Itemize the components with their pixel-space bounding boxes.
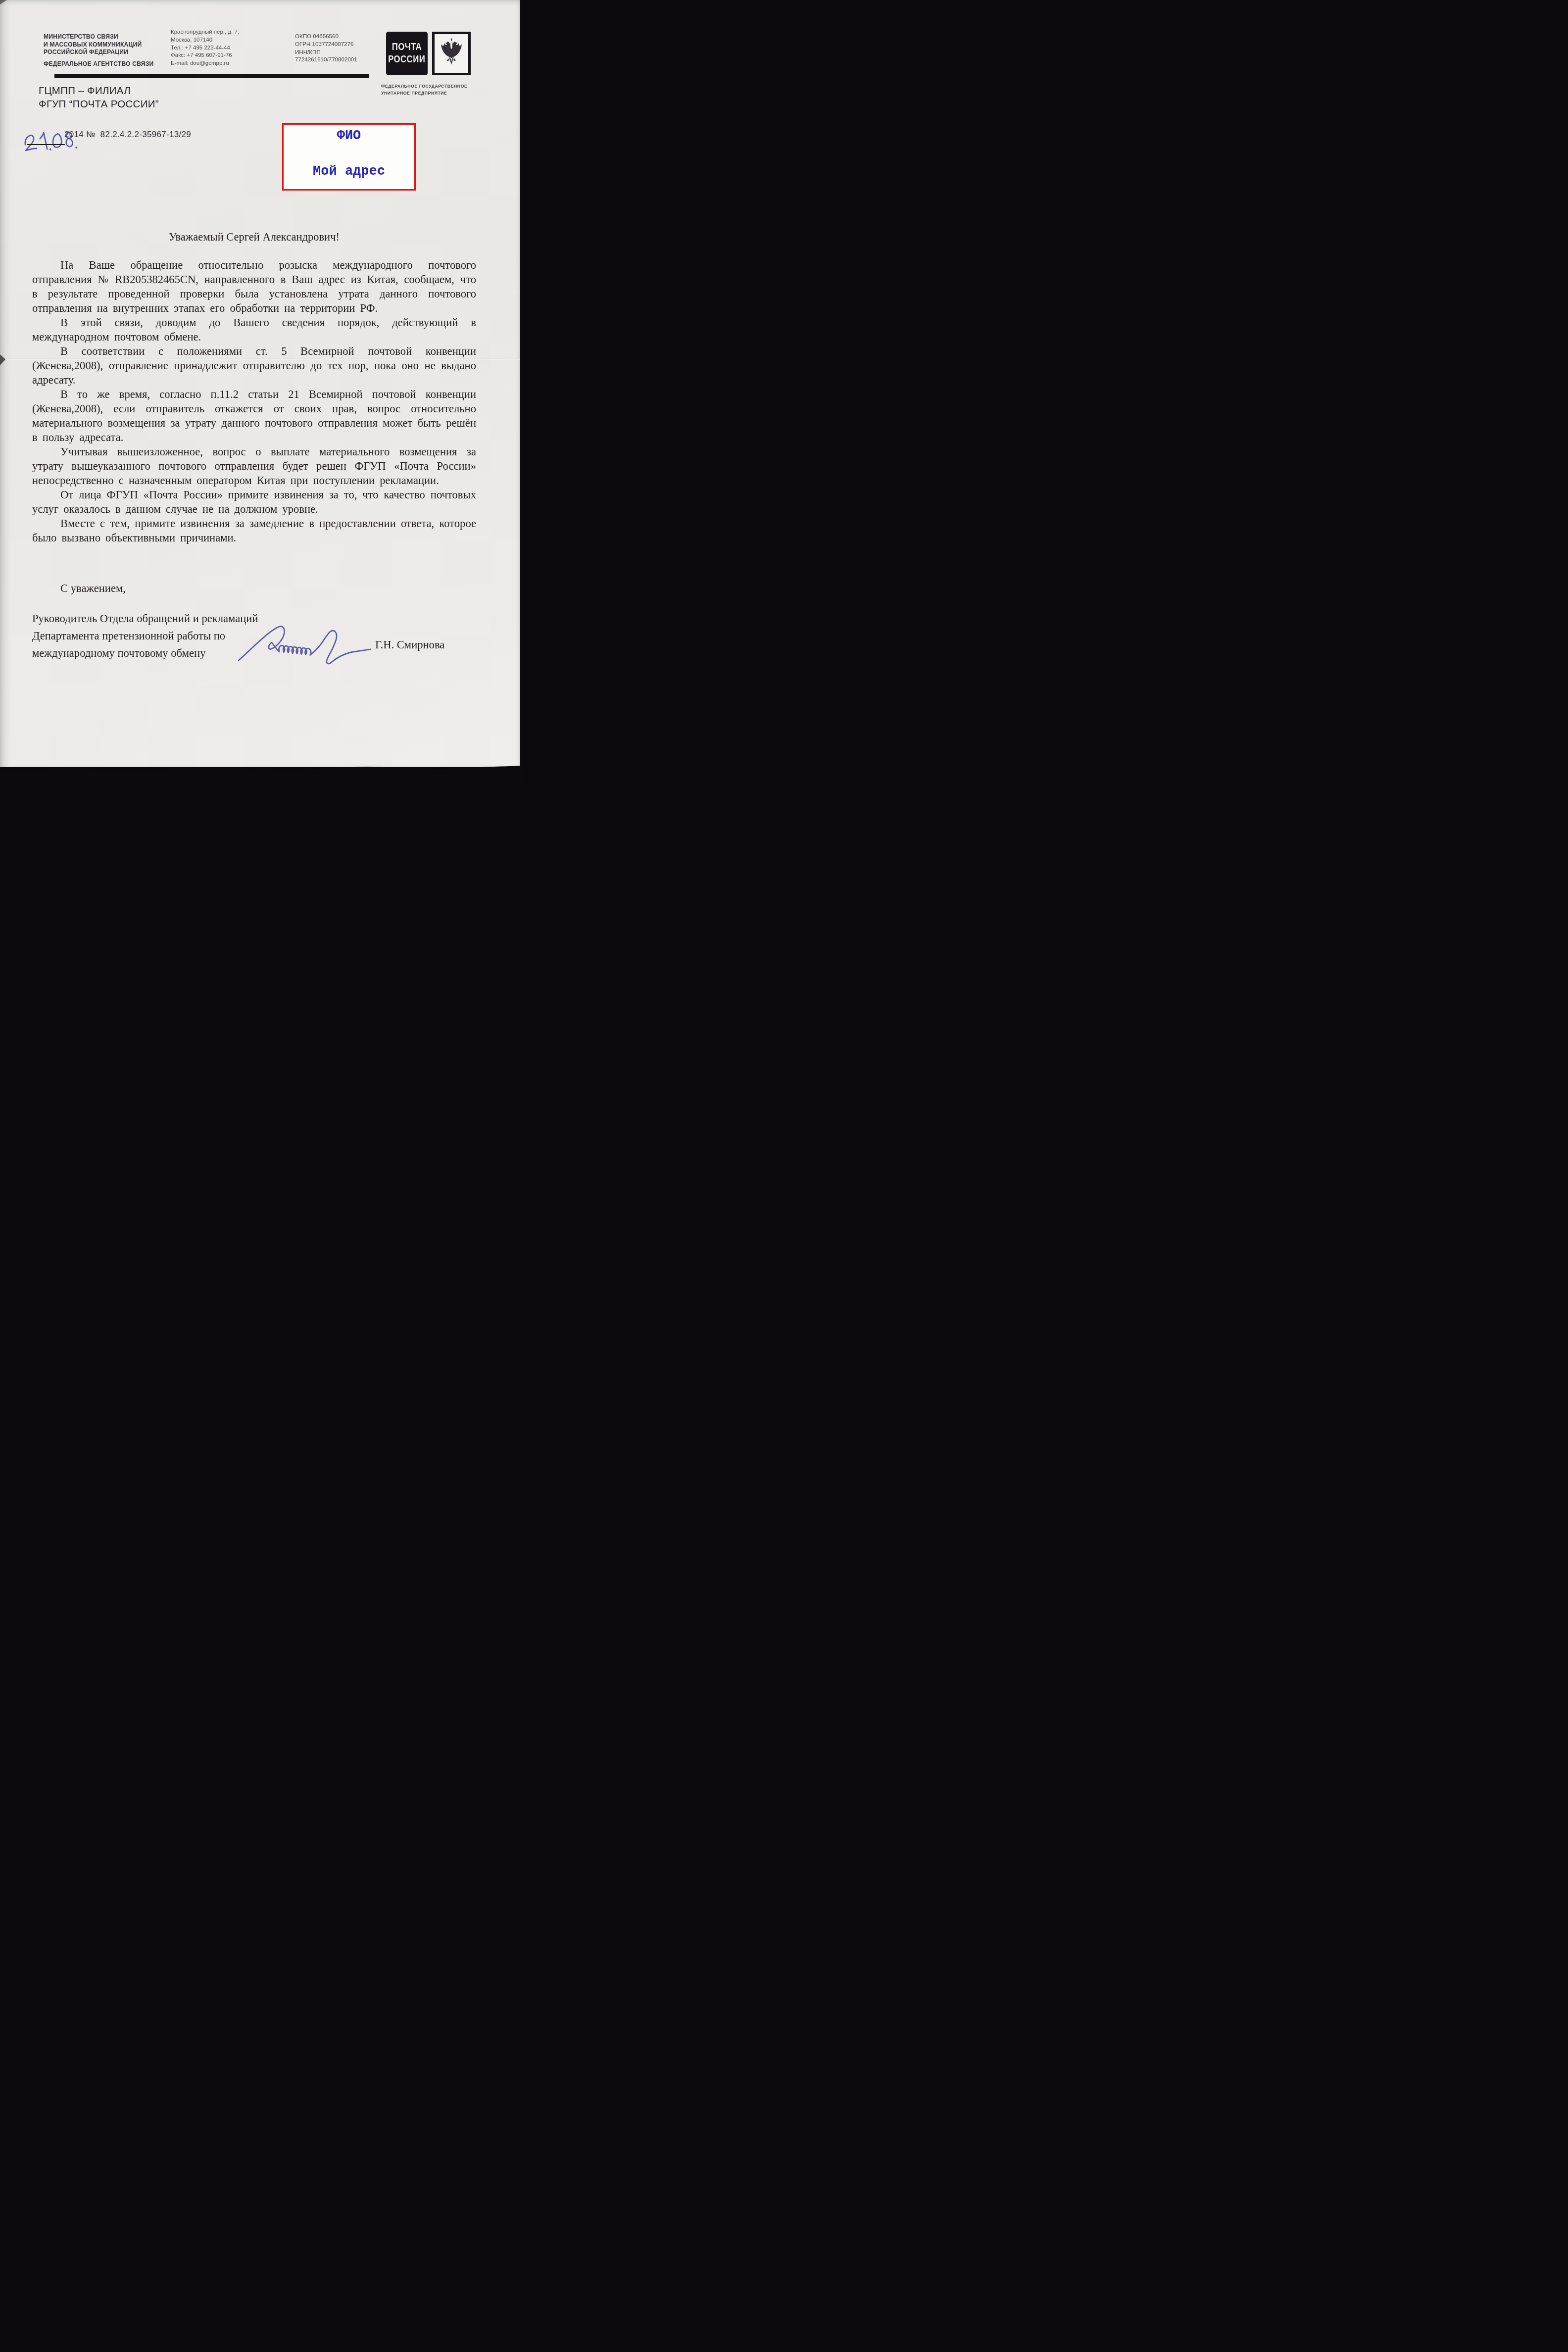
fgup-caption: ФЕДЕРАЛЬНОЕ ГОСУДАРСТВЕННОЕУНИТАРНОЕ ПРЕ… — [381, 83, 467, 97]
body-paragraph: От лица ФГУП «Почта России» примите изви… — [32, 488, 476, 516]
code-line: ИНН/КПП — [295, 49, 357, 56]
salutation: Уважаемый Сергей Александрович! — [32, 231, 476, 244]
postal-eagle-emblem — [432, 32, 471, 75]
ministry-block: МИНИСТЕРСТВО СВЯЗИИ МАССОВЫХ КОММУНИКАЦИ… — [44, 33, 142, 56]
ministry-line: И МАССОВЫХ КОММУНИКАЦИЙ — [44, 41, 142, 49]
body-paragraph: В то же время, согласно п.11.2 статьи 21… — [32, 387, 476, 444]
ministry-line: МИНИСТЕРСТВО СВЯЗИ — [44, 33, 142, 41]
signer-name: Г.Н. Смирнова — [375, 638, 444, 651]
recipient-name-placeholder: ФИО — [284, 129, 414, 144]
pochta-rossii-logo: ПОЧТА РОССИИ — [386, 32, 428, 75]
fgup-caption-line: ФЕДЕРАЛЬНОЕ ГОСУДАРСТВЕННОЕ — [381, 83, 467, 90]
photo-background-right-edge — [520, 0, 523, 784]
codes-block: ОКПО 04856560ОГРН 1037724007276ИНН/КПП77… — [295, 33, 357, 64]
fold-tear-notch — [0, 354, 5, 365]
closing-regards: С уважением, — [60, 582, 126, 595]
branch-line2: ФГУП “ПОЧТА РОССИИ” — [39, 98, 159, 111]
fgup-caption-line: УНИТАРНОЕ ПРЕДПРИЯТИЕ — [381, 90, 467, 97]
contact-block: Краснопрудный пер., д. 7,Москва, 107140Т… — [171, 29, 239, 68]
recipient-address-placeholder: Мой адрес — [284, 164, 414, 179]
signoff-line: международному почтовому обмену — [32, 644, 258, 662]
ministry-line: РОССИЙСКОЙ ФЕДЕРАЦИИ — [44, 49, 142, 56]
code-line: 7724261610/770802001 — [295, 56, 357, 64]
recipient-redaction-box: ФИО Мой адрес — [282, 123, 416, 191]
signoff-line: Департамента претензионной работы по — [32, 627, 258, 644]
body-paragraph: На Ваше обращение относительно розыска м… — [32, 258, 476, 315]
fold-crease — [0, 358, 521, 360]
logo-line1: ПОЧТА — [392, 41, 422, 53]
code-line: ОКПО 04856560 — [295, 33, 357, 41]
signoff-block: Руководитель Отдела обращений и рекламац… — [32, 610, 258, 662]
letter-paper: МИНИСТЕРСТВО СВЯЗИИ МАССОВЫХ КОММУНИКАЦИ… — [0, 0, 521, 767]
handwritten-signature-ink — [232, 616, 383, 672]
letter-body: На Ваше обращение относительно розыска м… — [32, 258, 476, 545]
branch-block: ГЦМПП – ФИЛИАЛ ФГУП “ПОЧТА РОССИИ” — [39, 85, 159, 111]
body-paragraph: Учитывая вышеизложенное, вопрос о выплат… — [32, 444, 476, 488]
contact-line: Тел.: +7 495 223-44-44 — [171, 45, 239, 52]
code-line: ОГРН 1037724007276 — [295, 41, 357, 49]
scanned-letter-photo: МИНИСТЕРСТВО СВЯЗИИ МАССОВЫХ КОММУНИКАЦИ… — [0, 0, 523, 784]
photo-background-bottom — [0, 764, 523, 784]
letterhead-divider-bar — [54, 74, 369, 78]
double-headed-eagle-icon — [438, 37, 465, 70]
branch-line1: ГЦМПП – ФИЛИАЛ — [39, 85, 159, 98]
body-paragraph: В соответствии с положениями ст. 5 Всеми… — [32, 344, 476, 387]
logo-line2: РОССИИ — [389, 53, 426, 66]
contact-line: Факс: +7 495 607-91-76 — [171, 52, 239, 60]
contact-line: Москва, 107140 — [171, 37, 239, 45]
body-paragraph: Вместе с тем, примите извинения за замед… — [32, 516, 476, 545]
date-underline — [27, 144, 65, 145]
agency-line: ФЕДЕРАЛЬНОЕ АГЕНТСТВО СВЯЗИ — [44, 60, 153, 67]
contact-line: Краснопрудный пер., д. 7, — [171, 29, 239, 37]
reference-number: 2014 № 82.2.4.2.2-35967-13/29 — [64, 130, 191, 140]
contact-line: E-mail: dou@gcmpp.ru — [171, 60, 239, 68]
signoff-line: Руководитель Отдела обращений и рекламац… — [32, 610, 258, 627]
corner-shadow — [0, 0, 7, 4]
body-paragraph: В этой связи, доводим до Вашего сведения… — [32, 315, 476, 344]
